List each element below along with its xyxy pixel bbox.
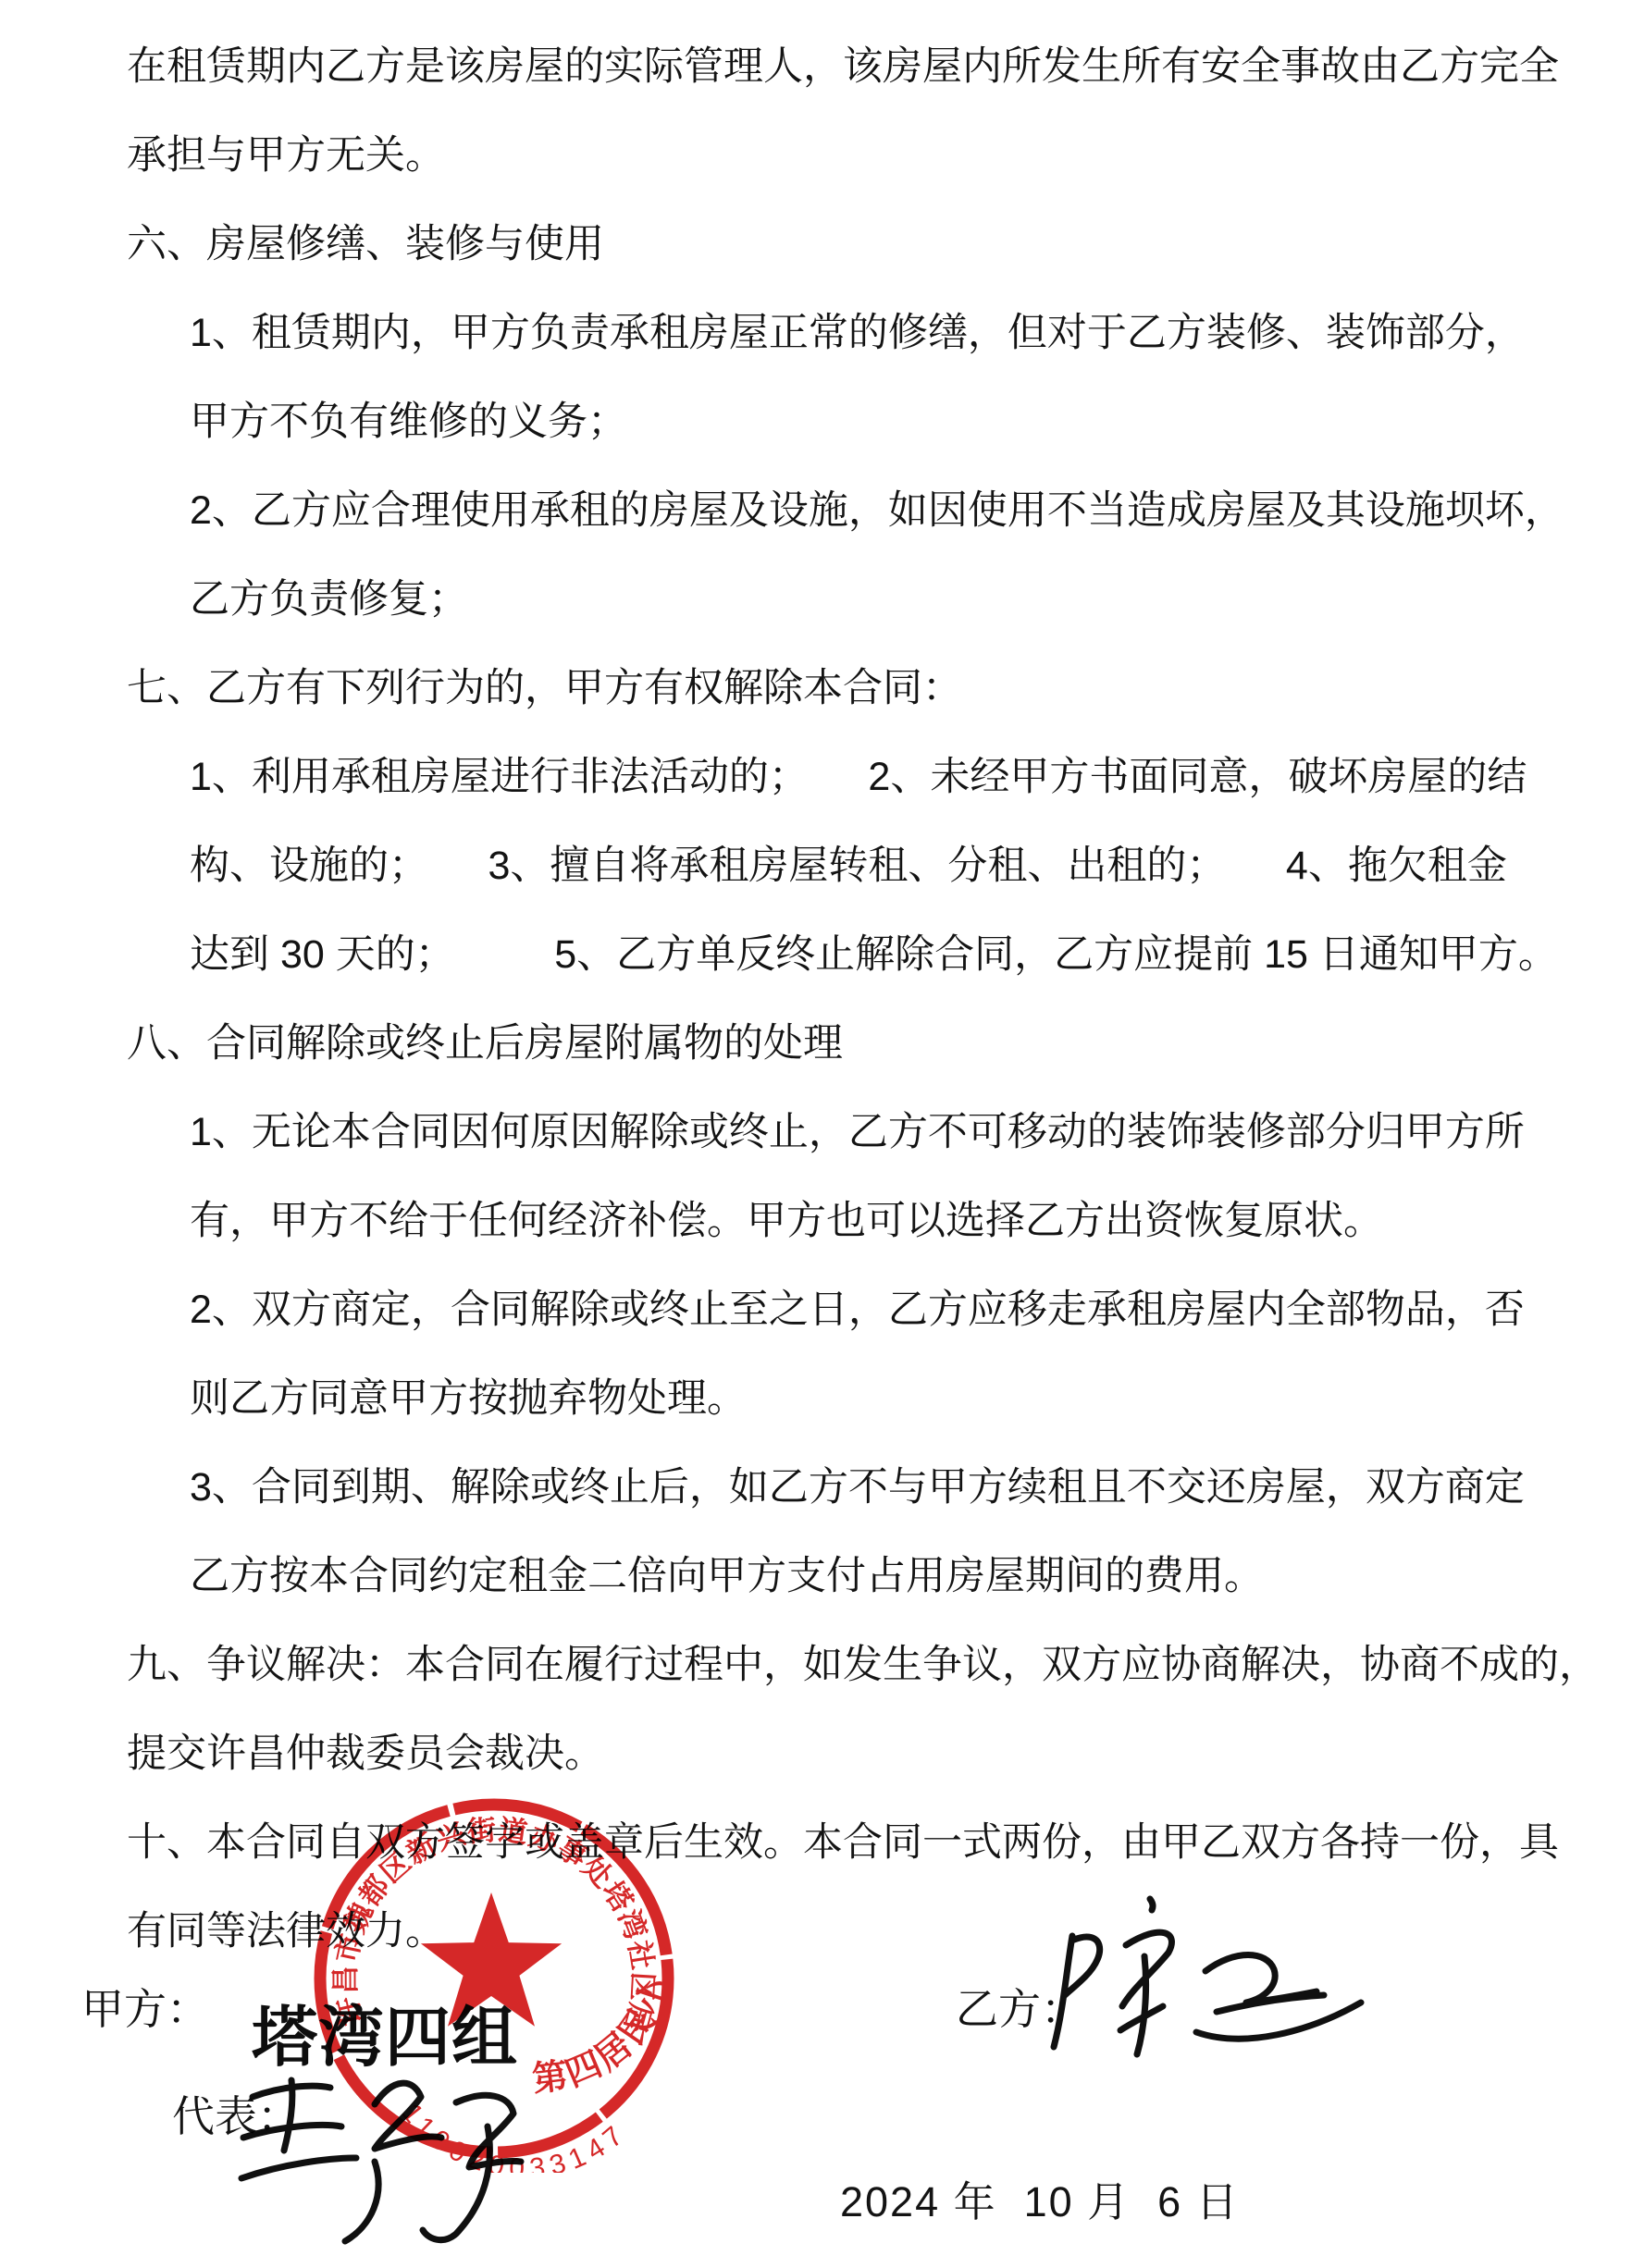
contract-line: 九、争议解决：本合同在履行过程中，如发生争议，双方应协商解决，协商不成的， [127, 1621, 1570, 1709]
contract-line: 承担与甲方无关。 [127, 111, 1570, 200]
contract-line: 则乙方同意甲方按抛弃物处理。 [127, 1354, 1570, 1443]
representative-signature [236, 2049, 541, 2248]
party-a-label: 甲方： [81, 1976, 209, 2037]
party-b-signature [1041, 1892, 1374, 2086]
contract-line: 构、设施的； 3、擅自将承租房屋转租、分租、出租的； 4、拖欠租金 [127, 821, 1570, 910]
contract-line: 七、乙方有下列行为的，甲方有权解除本合同： [127, 644, 1570, 733]
contract-line: 1、无论本合同因何原因解除或终止，乙方不可移动的装饰装修部分归甲方所 [127, 1088, 1570, 1177]
contract-line: 乙方按本合同约定租金二倍向甲方支付占用房屋期间的费用。 [127, 1532, 1570, 1621]
contract-line: 甲方不负有维修的义务； [127, 377, 1570, 466]
contract-line: 1、租赁期内，甲方负责承租房屋正常的修缮，但对于乙方装修、装饰部分， [127, 289, 1570, 377]
contract-line: 六、房屋修缮、装修与使用 [127, 200, 1570, 289]
contract-line: 乙方负责修复； [127, 555, 1570, 644]
contract-line: 2、双方商定，合同解除或终止至之日，乙方应移走承租房屋内全部物品，否 [127, 1265, 1570, 1354]
contract-line: 1、利用承租房屋进行非法活动的； 2、未经甲方书面同意，破坏房屋的结 [127, 733, 1570, 821]
contract-line: 2、乙方应合理使用承租的房屋及设施，如因使用不当造成房屋及其设施坝坏， [127, 466, 1570, 555]
contract-line: 3、合同到期、解除或终止后，如乙方不与甲方续租且不交还房屋，双方商定 [127, 1443, 1570, 1532]
contract-body: 在租赁期内乙方是该房屋的实际管理人，该房屋内所发生所有安全事故由乙方完全承担与甲… [127, 22, 1570, 1976]
contract-date: 2024 年 10 月 6 日 [840, 2168, 1240, 2228]
contract-line: 八、合同解除或终止后房屋附属物的处理 [127, 999, 1570, 1088]
contract-page: 在租赁期内乙方是该房屋的实际管理人，该房屋内所发生所有安全事故由乙方完全承担与甲… [0, 0, 1632, 2268]
star-icon [421, 1892, 562, 2027]
contract-line: 有，甲方不给于任何经济补偿。甲方也可以选择乙方出资恢复原状。 [127, 1177, 1570, 1265]
contract-line: 在租赁期内乙方是该房屋的实际管理人，该房屋内所发生所有安全事故由乙方完全 [127, 22, 1570, 111]
contract-line: 达到 30 天的； 5、乙方单反终止解除合同，乙方应提前 15 日通知甲方。 [127, 910, 1570, 999]
